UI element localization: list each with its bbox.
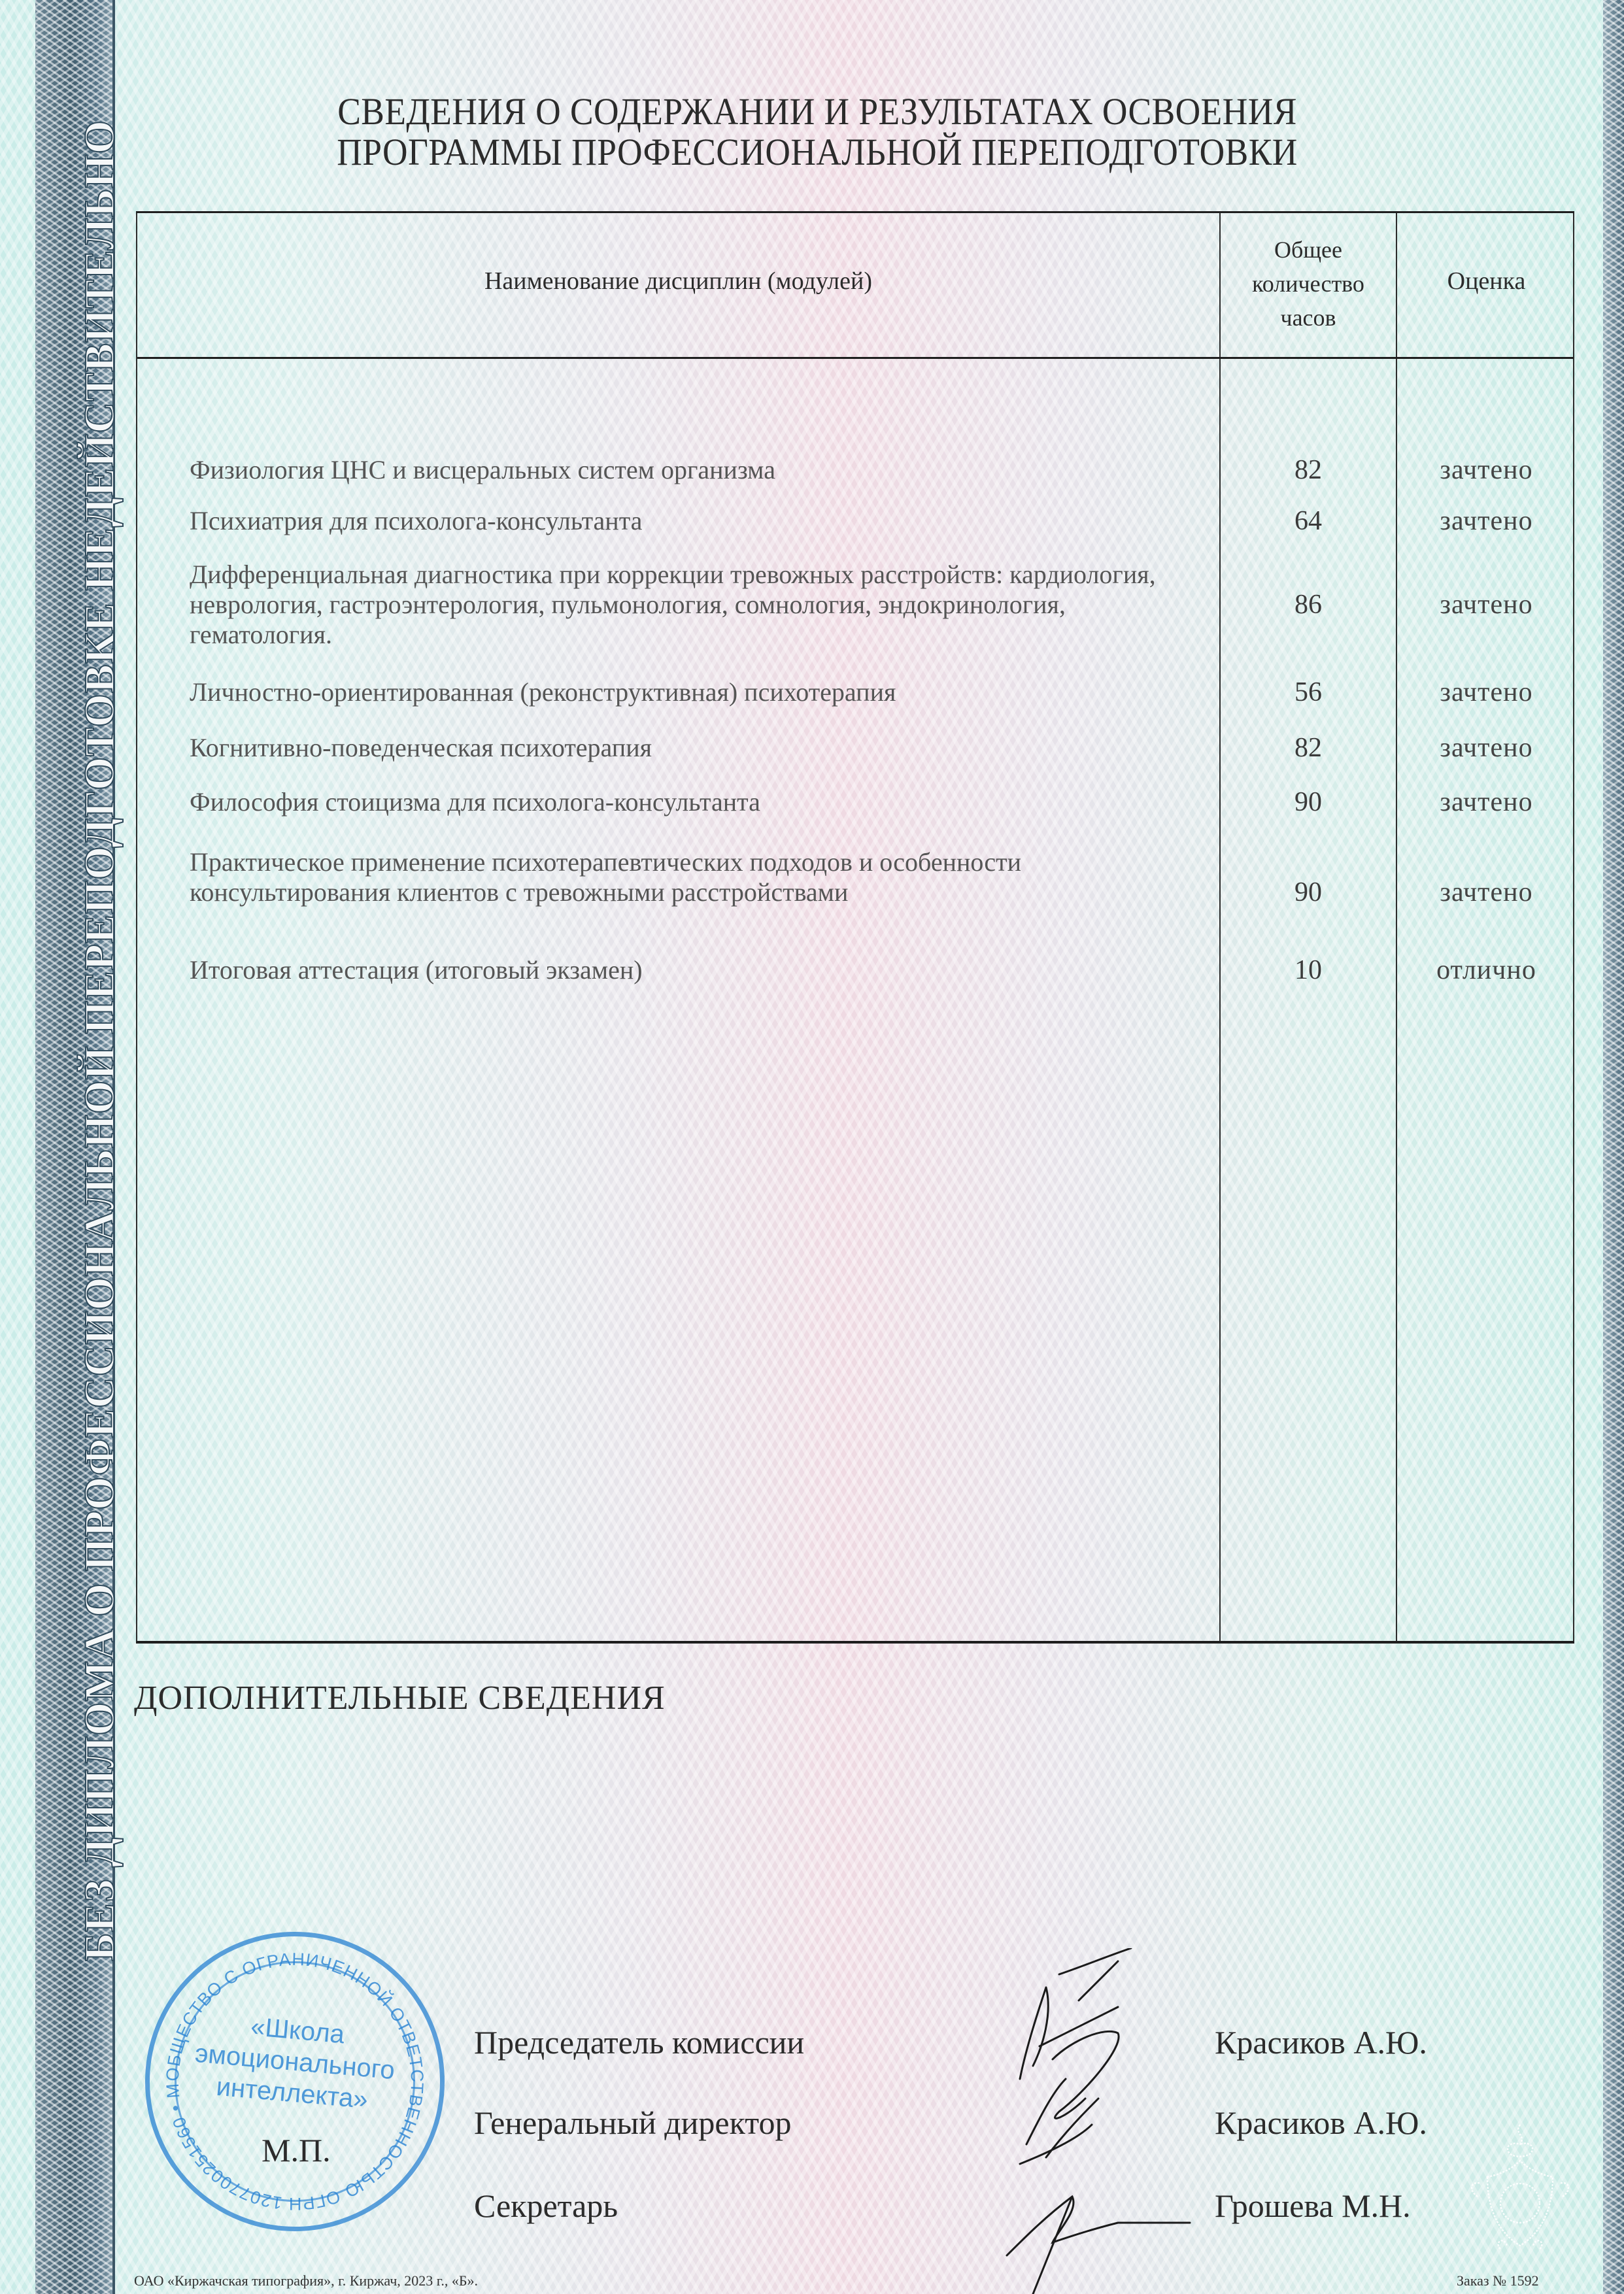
- discipline-grade: зачтено: [1397, 677, 1576, 708]
- table-bottom-rule: [136, 1641, 1574, 1644]
- header-total-hours: Общее количество часов: [1221, 233, 1396, 335]
- discipline-name: Физиология ЦНС и висцеральных систем орг…: [190, 455, 1170, 485]
- header-hours-line3: часов: [1221, 301, 1396, 335]
- column-divider: [1219, 213, 1221, 1641]
- signature-role-director: Генеральный директор: [474, 2104, 791, 2142]
- table-top-rule: [136, 211, 1574, 213]
- discipline-name: Практическое применение психотерапевтиче…: [190, 847, 1170, 907]
- discipline-name: Когнитивно-поведенческая психотерапия: [190, 733, 1170, 763]
- discipline-grade: зачтено: [1397, 589, 1576, 620]
- header-hours-line1: Общее: [1221, 233, 1396, 267]
- discipline-hours: 90: [1221, 877, 1396, 908]
- column-divider: [1396, 213, 1397, 1641]
- additional-info-heading: ДОПОЛНИТЕЛЬНЫЕ СВЕДЕНИЯ: [134, 1679, 666, 1717]
- watermark-emblem-icon: [1464, 2118, 1576, 2255]
- seal-place-label: М.П.: [262, 2131, 331, 2169]
- discipline-grade: зачтено: [1397, 505, 1576, 537]
- signature-name-chairman: Красиков А.Ю.: [1215, 2023, 1427, 2061]
- discipline-hours: 82: [1221, 732, 1396, 764]
- signature-role-chairman: Председатель комиссии: [474, 2023, 804, 2061]
- discipline-grade: зачтено: [1397, 786, 1576, 818]
- discipline-name: Психиатрия для психолога-консультанта: [190, 506, 1170, 536]
- header-grade: Оценка: [1397, 264, 1576, 298]
- discipline-hours: 10: [1221, 954, 1396, 986]
- right-decorative-border: [1603, 0, 1624, 2294]
- signature-name-secretary: Грошева М.Н.: [1215, 2187, 1411, 2225]
- order-number: Заказ № 1592: [1457, 2272, 1539, 2289]
- discipline-name: Философия стоицизма для психолога-консул…: [190, 787, 1170, 817]
- header-hours-line2: количество: [1221, 267, 1396, 301]
- discipline-name: Дифференциальная диагностика при коррекц…: [190, 560, 1170, 650]
- side-border-text: БЕЗ ДИПЛОМА О ПРОФЕССИОНАЛЬНОЙ ПЕРЕПОДГО…: [75, 120, 125, 1961]
- discipline-hours: 82: [1221, 454, 1396, 486]
- printer-info: ОАО «Киржачская типография», г. Киржач, …: [134, 2272, 478, 2289]
- page-title-line1: СВЕДЕНИЯ О СОДЕРЖАНИИ И РЕЗУЛЬТАТАХ ОСВО…: [246, 92, 1389, 132]
- discipline-hours: 64: [1221, 505, 1396, 537]
- header-discipline-name: Наименование дисциплин (модулей): [137, 264, 1219, 298]
- header-divider: [137, 357, 1573, 359]
- discipline-hours: 90: [1221, 786, 1396, 818]
- page-title: СВЕДЕНИЯ О СОДЕРЖАНИИ И РЕЗУЛЬТАТАХ ОСВО…: [196, 92, 1438, 173]
- signature-role-secretary: Секретарь: [474, 2187, 618, 2225]
- handwritten-signatures: [981, 1948, 1229, 2294]
- discipline-name: Итоговая аттестация (итоговый экзамен): [190, 955, 1170, 985]
- discipline-grade: отлично: [1397, 954, 1576, 986]
- page-title-line2: ПРОГРАММЫ ПРОФЕССИОНАЛЬНОЙ ПЕРЕПОДГОТОВК…: [246, 132, 1389, 173]
- discipline-hours: 86: [1221, 589, 1396, 620]
- signature-name-director: Красиков А.Ю.: [1215, 2104, 1427, 2142]
- discipline-name: Личностно-ориентированная (реконструктив…: [190, 677, 1170, 707]
- disciplines-table: Наименование дисциплин (модулей) Общее к…: [136, 212, 1574, 1642]
- official-stamp: ОБЩЕСТВО С ОГРАНИЧЕННОЙ ОТВЕТСТВЕННОСТЬЮ…: [145, 1932, 445, 2231]
- discipline-grade: зачтено: [1397, 454, 1576, 486]
- discipline-hours: 56: [1221, 677, 1396, 708]
- discipline-grade: зачтено: [1397, 877, 1576, 908]
- discipline-grade: зачтено: [1397, 732, 1576, 764]
